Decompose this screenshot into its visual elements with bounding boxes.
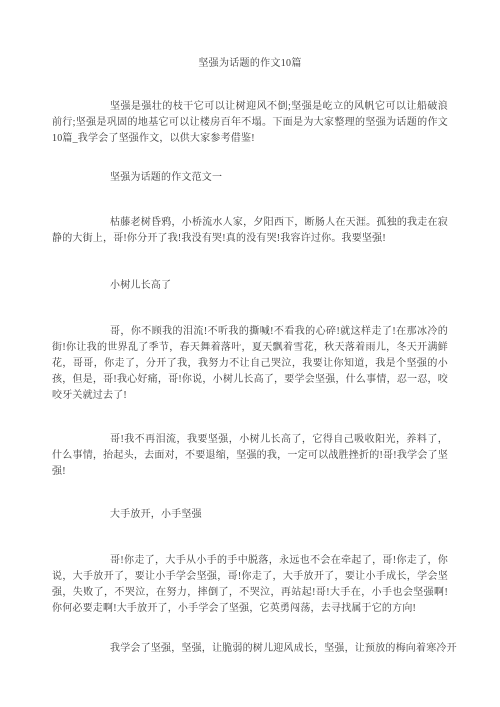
paragraph-intro: 坚强是强壮的枝干它可以让树迎风不倒;坚强是屹立的风帆它可以让船破浪前行;坚强是巩… — [52, 99, 448, 147]
section-heading-essay-one: 坚强为话题的作文范文一 — [52, 170, 448, 186]
document-page: 坚强为话题的作文10篇 坚强是强壮的枝干它可以让树迎风不倒;坚强是屹立的风帆它可… — [0, 0, 500, 707]
section-heading-big-hand-small-hand: 大手放开，小手坚强 — [52, 507, 448, 523]
section-heading-little-tree: 小树儿长高了 — [52, 278, 448, 294]
paragraph-little-tree-body: 哥，你不顾我的泪流!不听我的撕喊!不看我的心碎!就这样走了!在那冰冷的街!你让我… — [52, 324, 448, 404]
paragraph-little-tree-conclusion: 哥!我不再泪流，我要坚强，小树儿长高了，它得自己吸收阳光，养料了，什么事情，抬起… — [52, 432, 448, 480]
paragraph-learned-strength-partial: 我学会了坚强，坚强，让脆弱的树儿迎风成长，坚强，让预放的梅向着寒冷开 — [52, 641, 448, 657]
paragraph-big-hand-body: 哥!你走了，大手从小手的手中脱落，永远也不会在牵起了，哥!你走了，你说，大手放开… — [52, 553, 448, 617]
paragraph-essay-one-opening: 枯藤老树昏鸦，小桥流水人家，夕阳西下，断肠人在天涯。孤独的我走在寂静的大街上，哥… — [52, 215, 448, 247]
page-title: 坚强为话题的作文10篇 — [52, 56, 448, 72]
